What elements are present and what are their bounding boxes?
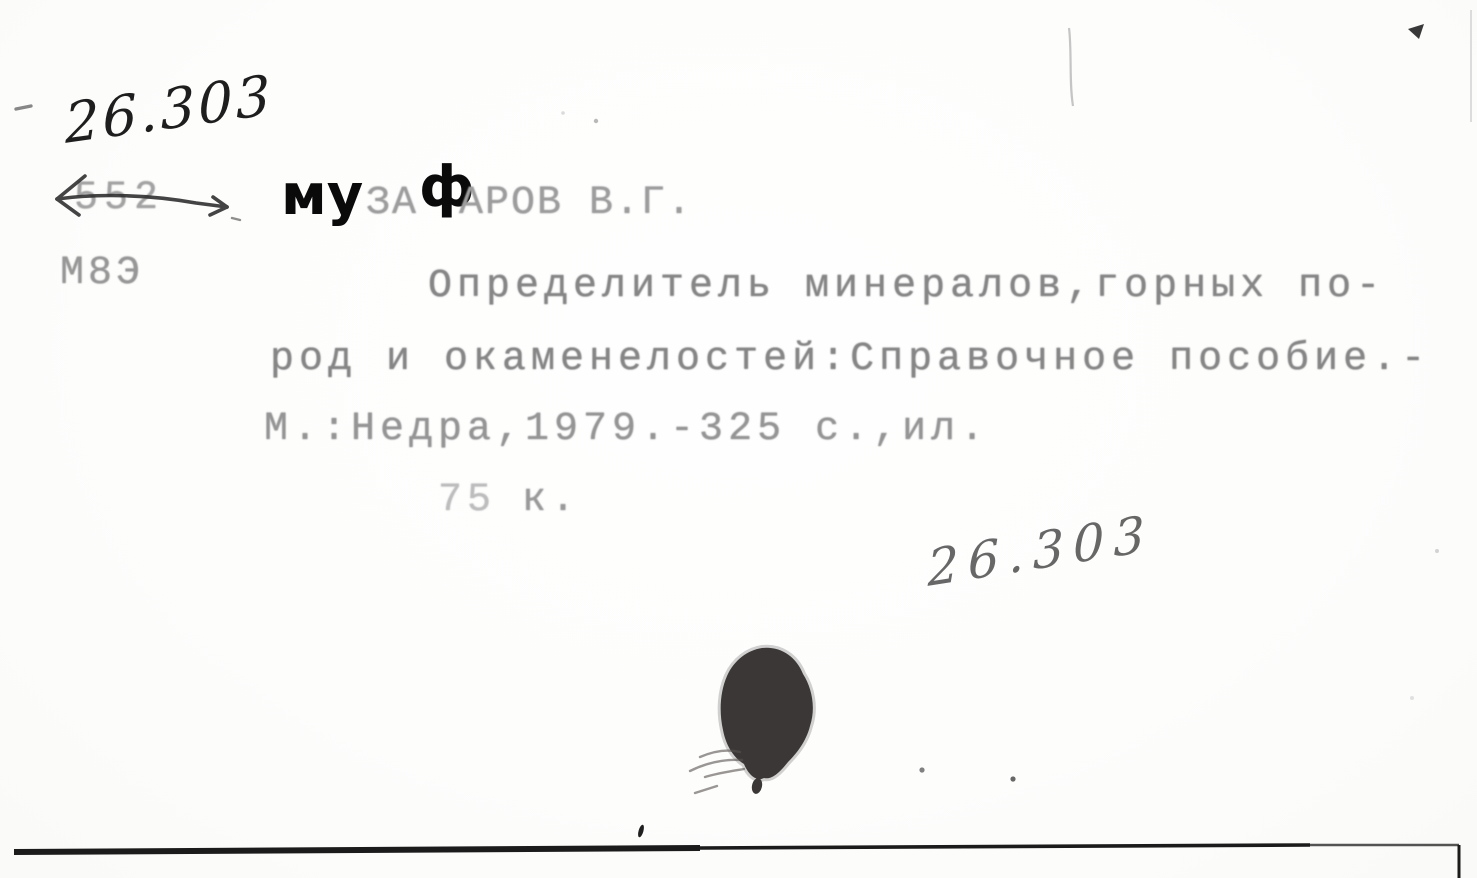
catalog-card-scan: 26.303 552 М8Э му ЗА ф АРОВ В.Г. Определ…	[0, 0, 1477, 878]
pen-dash-mark	[16, 106, 31, 109]
imprint-line: М.:Недра,1979.-325 с.,ил.	[264, 407, 989, 452]
price-unit: к.	[522, 478, 580, 523]
price-line: 75к.	[438, 478, 580, 523]
bottom-rule-line	[14, 845, 1459, 878]
author-typed-rest: АРОВ В.Г.	[459, 181, 693, 226]
crossed-out-classification: 552	[74, 176, 164, 221]
pen-tick-icon	[1408, 24, 1424, 39]
author-typed-za: ЗА	[366, 181, 418, 226]
title-line-2: род и окаменелостей:Справочное пособие.-	[270, 337, 1430, 382]
scratch-line	[1069, 28, 1073, 106]
title-line-1: Определитель минералов,горных по-	[428, 264, 1385, 309]
ink-blot	[690, 648, 813, 795]
handwritten-call-number-bottom: 26.303	[927, 504, 1154, 598]
handwritten-call-number-top: 26.303	[64, 62, 275, 156]
price-amount: 75	[438, 478, 496, 523]
author-overwritten-mu: му	[281, 168, 363, 224]
author-cutter-code: М8Э	[60, 251, 144, 296]
small-ink-tick	[637, 824, 645, 838]
